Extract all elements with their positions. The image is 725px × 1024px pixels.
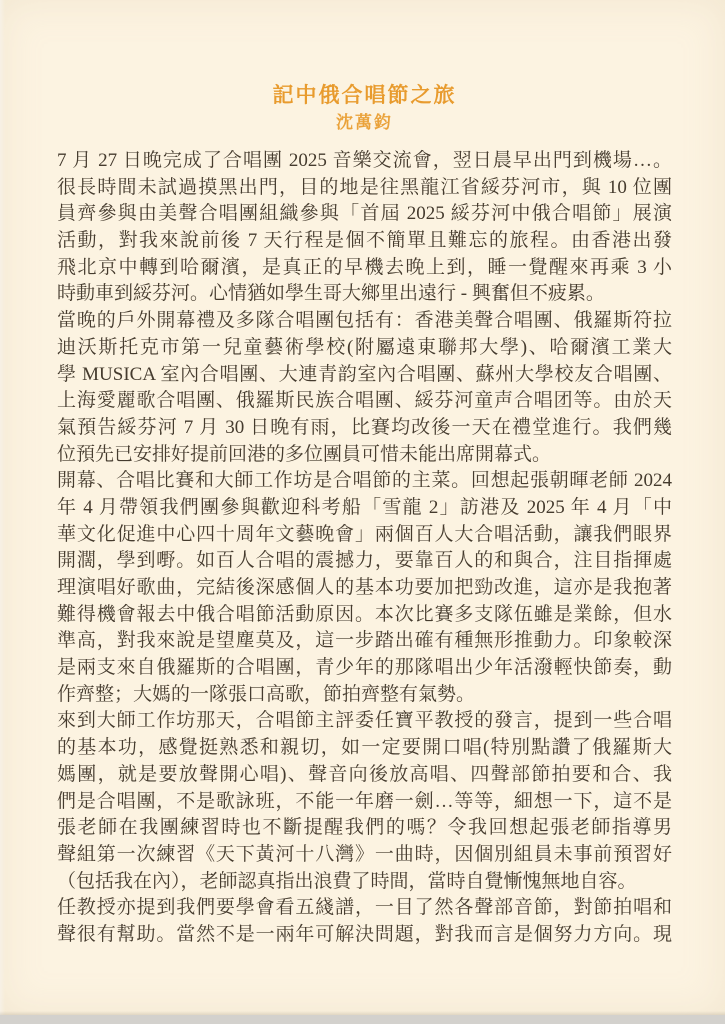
page-content: 記中俄合唱節之旅 沈萬鈞 7 月 27 日晚完成了合唱團 2025 音樂交流會，… — [0, 0, 725, 949]
text-line: 飛北京中轉到哈爾濱，是真正的早機去晚上到，睡一覺醒來再乘 3 小 — [57, 255, 672, 282]
text-line: 任教授亦提到我們要學會看五綫譜，一目了然各聲部音節，對節拍唱和 — [57, 895, 672, 922]
text-line: （包括我在內），老師認真指出浪費了時間，當時自覺慚愧無地自容。 — [57, 869, 672, 896]
text-line: 張老師在我團練習時也不斷提醒我們的嗎？令我回想起張老師指導男 — [57, 815, 672, 842]
text-line: 作齊整；大媽的一隊張口高歌，節拍齊整有氣勢。 — [57, 682, 672, 709]
text-line: 聲很有幫助。當然不是一兩年可解決問題，對我而言是個努力方向。現 — [57, 922, 672, 949]
text-line: 7 月 27 日晚完成了合唱團 2025 音樂交流會，翌日晨早出門到機場…。 — [57, 148, 672, 175]
text-line: 準高，對我來說是望塵莫及，這一步踏出確有種無形推動力。印象較深 — [57, 628, 672, 655]
text-line: 媽團，就是要放聲開心唱)、聲音向後放高唱、四聲部節拍要和合、我 — [57, 762, 672, 789]
text-line: 活動，對我來說前後 7 天行程是個不簡單且難忘的旅程。由香港出發 — [57, 228, 672, 255]
text-line: 來到大師工作坊那天，合唱節主評委任寶平教授的發言，提到一些合唱 — [57, 708, 672, 735]
text-line: 很長時間未試過摸黑出門，目的地是往黑龍江省綏芬河市，與 10 位團 — [57, 175, 672, 202]
text-line: 位預先已安排好提前回港的多位團員可惜未能出席開幕式。 — [57, 442, 672, 469]
text-line: 們是合唱團，不是歌詠班，不能一年磨一劍…等等，細想一下，這不是 — [57, 789, 672, 816]
article-body: 7 月 27 日晚完成了合唱團 2025 音樂交流會，翌日晨早出門到機場…。很長… — [57, 148, 672, 949]
text-line: 迪沃斯托克市第一兒童藝術學校(附屬遠東聯邦大學)、哈爾濱工業大 — [57, 335, 672, 362]
text-line: 的基本功，感覺挺熟悉和親切，如一定要開口唱(特別點讚了俄羅斯大 — [57, 735, 672, 762]
text-line: 聲組第一次練習《天下黃河十八灣》一曲時，因個別組員未事前預習好 — [57, 842, 672, 869]
document-page: 記中俄合唱節之旅 沈萬鈞 7 月 27 日晚完成了合唱團 2025 音樂交流會，… — [0, 0, 725, 1015]
text-line: 學 MUSICA 室內合唱團、大連青韵室內合唱團、蘇州大學校友合唱團、 — [57, 362, 672, 389]
text-line: 年 4 月帶領我們團參與歡迎科考船「雪龍 2」訪港及 2025 年 4 月「中 — [57, 495, 672, 522]
text-line: 當晚的戶外開幕禮及多隊合唱團包括有：香港美聲合唱團、俄羅斯符拉 — [57, 308, 672, 335]
text-line: 氣預告綏芬河 7 月 30 日晚有雨，比賽均改後一天在禮堂進行。我們幾 — [57, 415, 672, 442]
text-line: 理演唱好歌曲，完結後深感個人的基本功要加把勁改進，這亦是我抱著 — [57, 575, 672, 602]
text-line: 時動車到綏芬河。心情猶如學生哥大鄉里出遠行 - 興奮但不疲累。 — [57, 281, 672, 308]
article-author: 沈萬鈞 — [57, 112, 672, 134]
text-line: 員齊參與由美聲合唱團組織參與「首屆 2025 綏芬河中俄合唱節」展演 — [57, 201, 672, 228]
text-line: 上海愛麗歌合唱團、俄羅斯民族合唱團、綏芬河童声合唱团等。由於天 — [57, 388, 672, 415]
text-line: 華文化促進中心四十周年文藝晚會」兩個百人大合唱活動，讓我們眼界 — [57, 522, 672, 549]
text-line: 開濶，學到嘢。如百人合唱的震撼力，要靠百人的和與合，注目指揮處 — [57, 548, 672, 575]
article-title: 記中俄合唱節之旅 — [57, 82, 672, 108]
text-line: 是兩支來自俄羅斯的合唱團，青少年的那隊唱出少年活潑輕快節奏，動 — [57, 655, 672, 682]
text-line: 開幕、合唱比賽和大師工作坊是合唱節的主菜。回想起張朝暉老師 2024 — [57, 468, 672, 495]
text-line: 難得機會報去中俄合唱節活動原因。本次比賽多支隊伍雖是業餘，但水 — [57, 602, 672, 629]
